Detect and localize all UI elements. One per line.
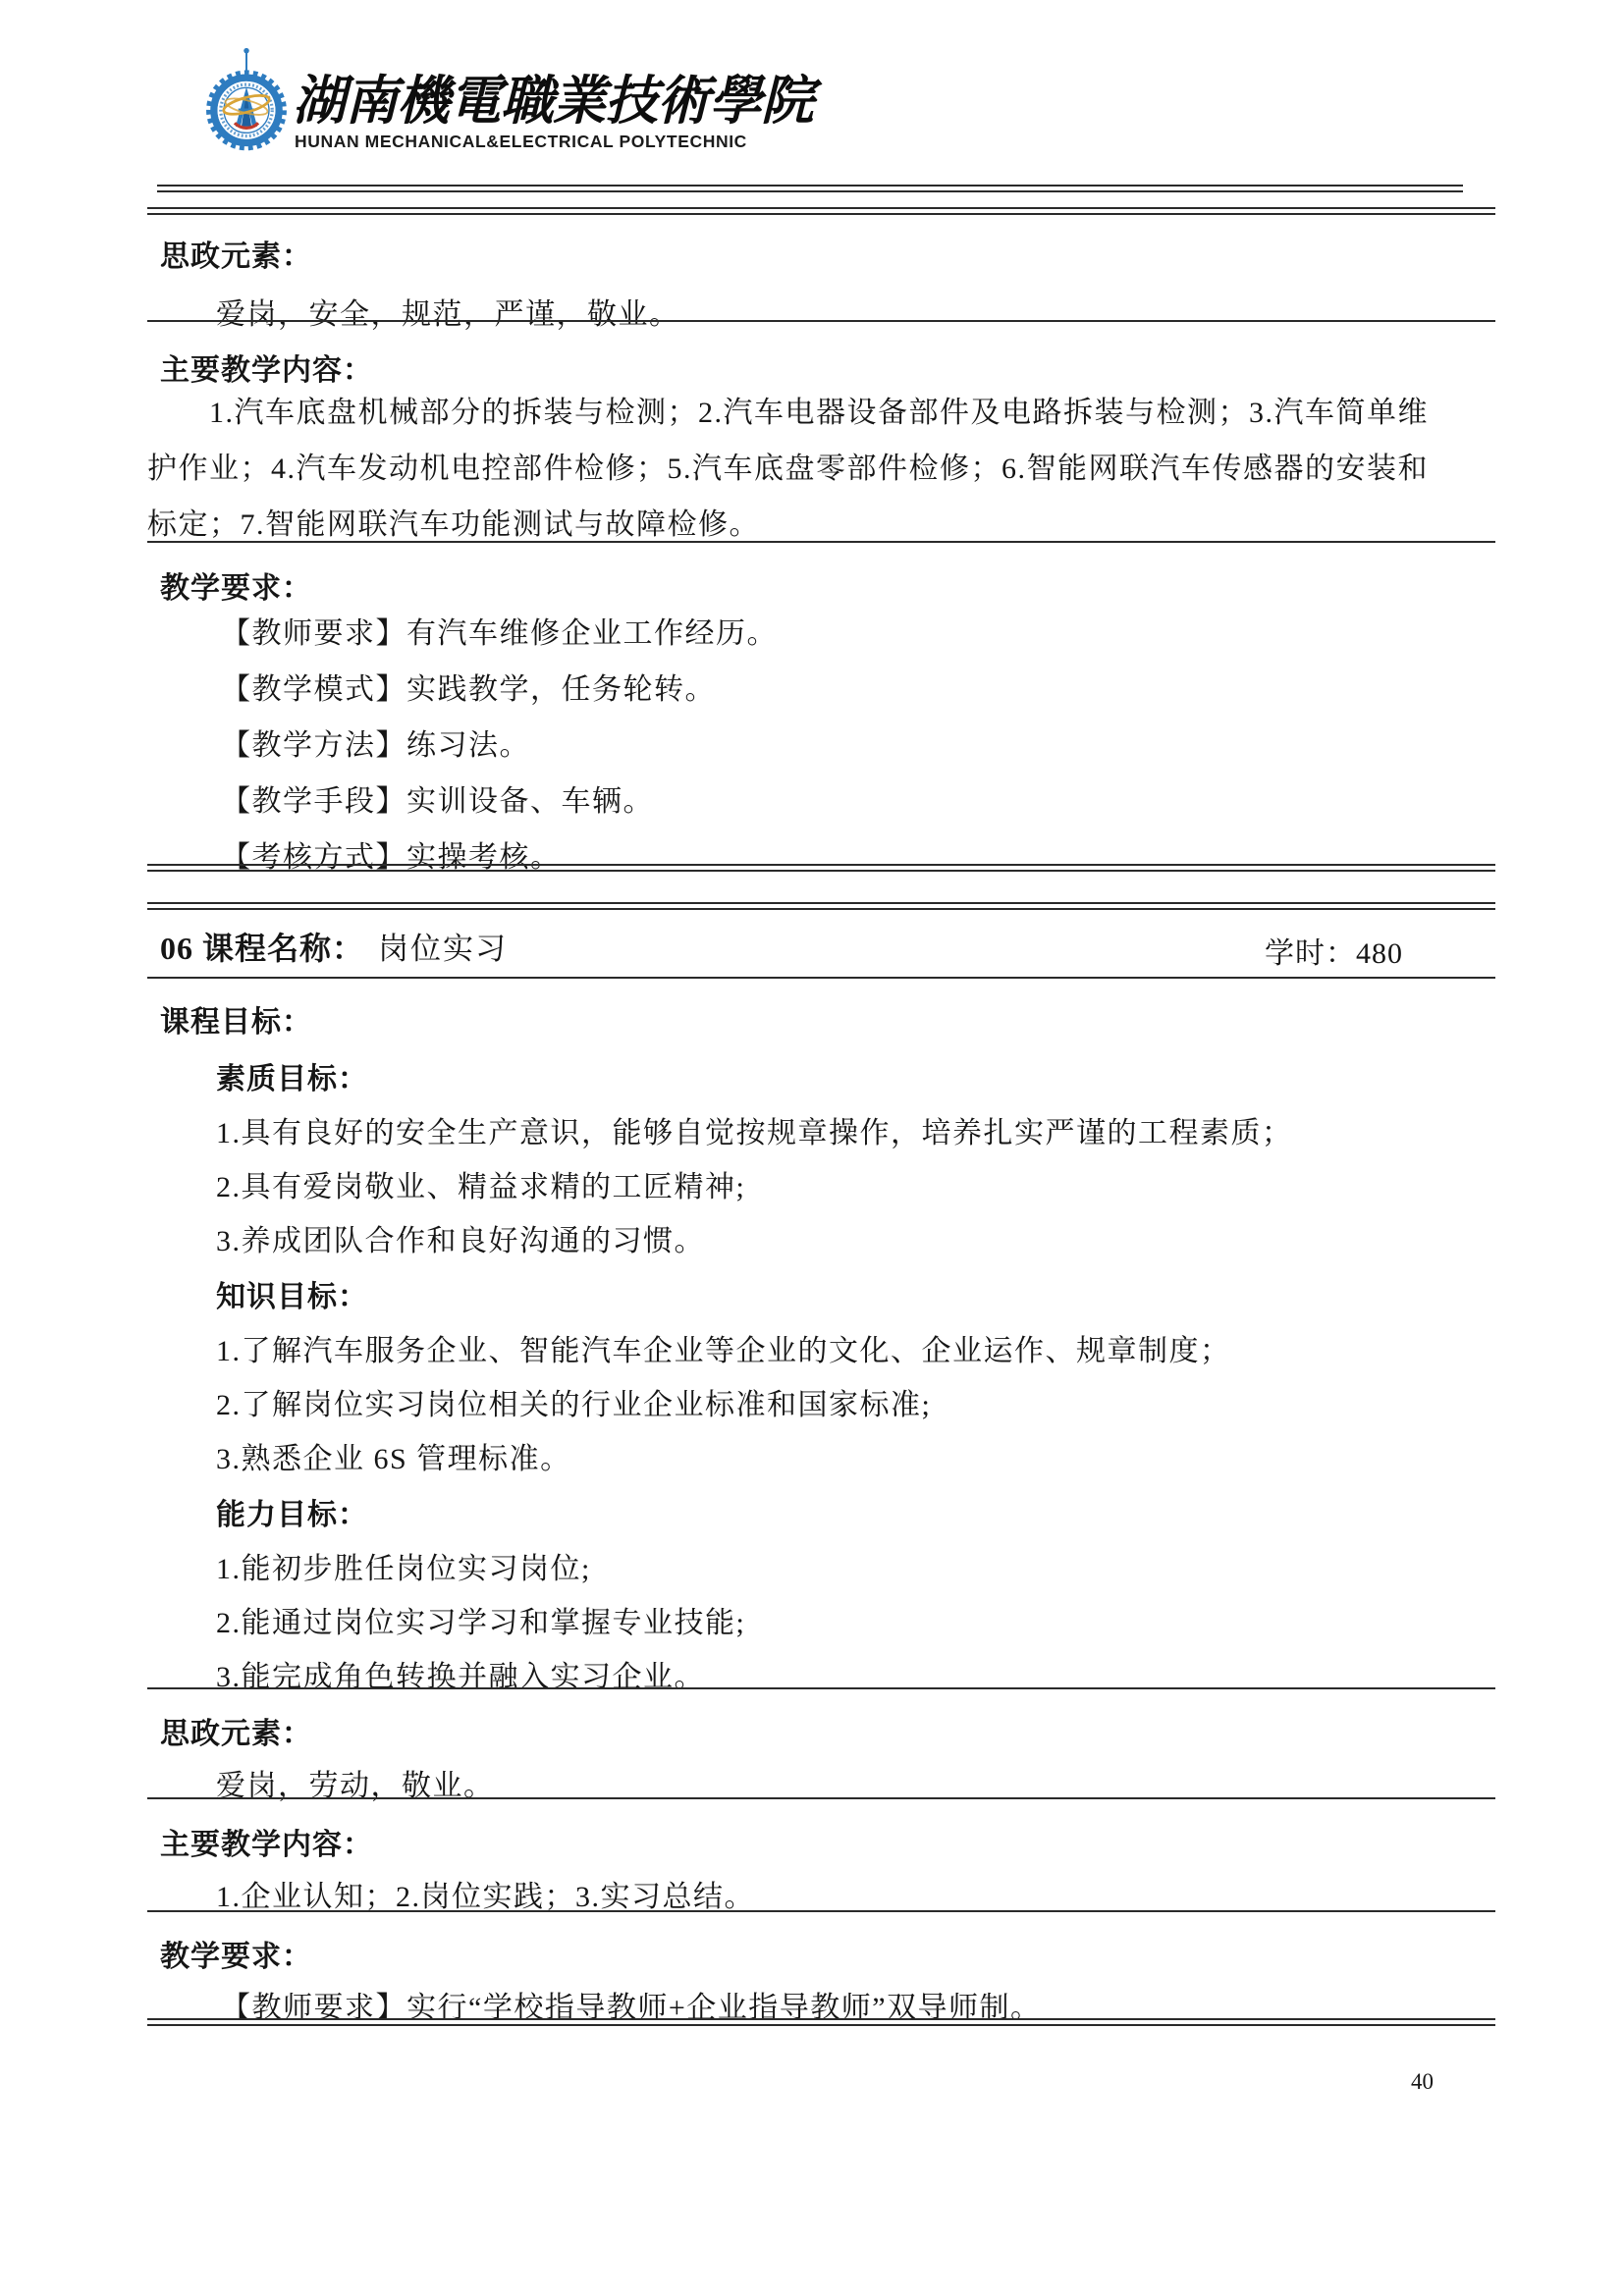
content-heading: 主要教学内容： — [160, 1820, 373, 1863]
requirement-item: 【教学手段】实训设备、车辆。 — [221, 776, 654, 820]
row-divider — [147, 541, 1495, 543]
page-number: 40 — [1411, 2069, 1434, 2095]
goals-heading: 课程目标： — [160, 997, 312, 1041]
table-top-border — [147, 207, 1495, 215]
ideology-heading: 思政元素： — [160, 1709, 312, 1752]
hours-value: 480 — [1356, 937, 1403, 970]
school-name-chinese: 湖南機電職業技術學院 — [293, 59, 813, 134]
table-bottom-border — [147, 2018, 1495, 2026]
document-page: 湖南機電職業技術學院 HUNAN MECHANICAL&ELECTRICAL P… — [0, 0, 1624, 2296]
course-name: 岗位实习 — [378, 932, 508, 966]
hours-label: 学时： — [1265, 937, 1356, 970]
quality-goal-item: 2.具有爱岗敬业、精益求精的工匠精神; — [216, 1162, 745, 1205]
requirement-item: 【教学模式】实践教学，任务轮转。 — [221, 665, 716, 708]
requirements-heading-prev: 教学要求： — [160, 563, 312, 607]
row-divider — [147, 1687, 1495, 1689]
requirements-heading: 教学要求： — [160, 1932, 312, 1975]
content-heading-prev: 主要教学内容： — [160, 346, 373, 389]
course-hours: 学时：480 — [1265, 929, 1403, 972]
row-divider — [147, 320, 1495, 322]
knowledge-goal-item: 2.了解岗位实习岗位相关的行业企业标准和国家标准; — [216, 1380, 931, 1423]
table-top-border — [147, 902, 1495, 910]
course-number-label: 06 课程名称： — [160, 931, 364, 966]
ability-goals-heading: 能力目标： — [216, 1490, 368, 1533]
header-divider — [157, 185, 1463, 192]
ability-goal-item: 2.能通过岗位实习学习和掌握专业技能; — [216, 1598, 745, 1641]
requirement-item: 【教师要求】有汽车维修企业工作经历。 — [221, 609, 778, 652]
ideology-heading-prev: 思政元素： — [160, 232, 312, 275]
knowledge-goals-heading: 知识目标： — [216, 1272, 368, 1315]
course-title-row: 06 课程名称：岗位实习 — [160, 924, 508, 969]
knowledge-goal-item: 1.了解汽车服务企业、智能汽车企业等企业的文化、企业运作、规章制度； — [216, 1326, 1231, 1369]
quality-goals-heading: 素质目标： — [216, 1054, 368, 1097]
content-text: 1.企业认知；2.岗位实践；3.实习总结。 — [216, 1872, 755, 1915]
ability-goal-item: 1.能初步胜任岗位实习岗位; — [216, 1544, 591, 1587]
ideology-text-prev: 爱岗，安全，规范，严谨，敬业。 — [216, 290, 680, 333]
knowledge-goal-item: 3.熟悉企业 6S 管理标准。 — [216, 1434, 571, 1477]
content-paragraph-prev: 1.汽车底盘机械部分的拆装与检测；2.汽车电器设备部件及电路拆装与检测；3.汽车… — [147, 385, 1429, 553]
requirement-item: 【教学方法】练习法。 — [221, 721, 530, 764]
school-logo-icon — [201, 45, 292, 161]
row-divider — [147, 977, 1495, 979]
quality-goal-item: 1.具有良好的安全生产意识，能够自觉按规章操作，培养扎实严谨的工程素质； — [216, 1108, 1293, 1151]
school-name-english: HUNAN MECHANICAL&ELECTRICAL POLYTECHNIC — [295, 132, 747, 152]
row-divider — [147, 1910, 1495, 1912]
quality-goal-item: 3.养成团队合作和良好沟通的习惯。 — [216, 1216, 705, 1259]
row-divider — [147, 1797, 1495, 1799]
table-bottom-border — [147, 864, 1495, 872]
logo-antenna-ball — [244, 48, 249, 54]
